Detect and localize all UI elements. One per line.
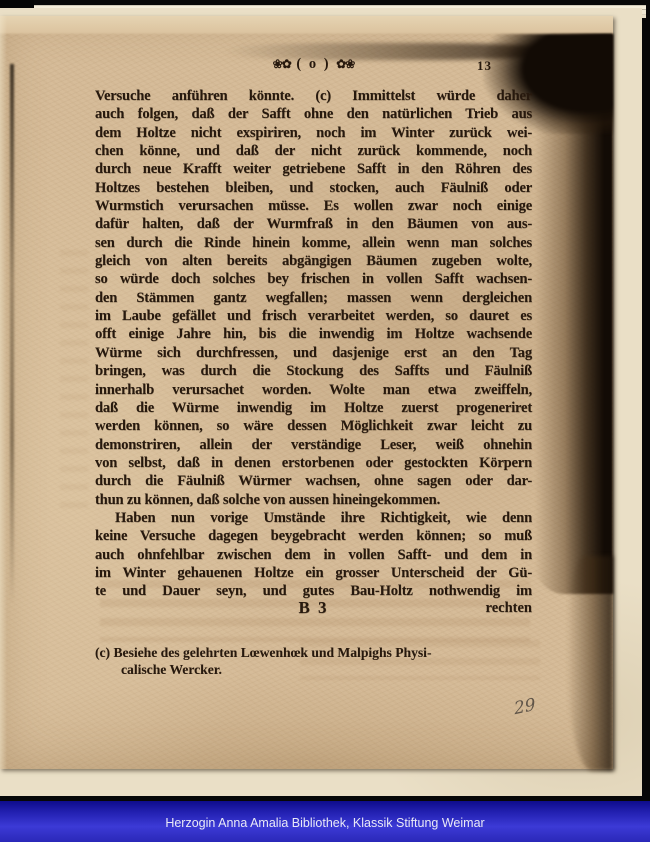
body-text-line: so würde doch solches bey frischen in vo… — [95, 270, 532, 288]
body-text-line: auch folgen, daß der Safft ohne den natü… — [95, 105, 532, 123]
body-text-line: Wurmstich verursachen müsse. Es wollen z… — [95, 197, 532, 215]
footnote: (c) Besiehe des gelehrten Lœwenhœk und M… — [95, 645, 555, 678]
body-text-line: bringen, was durch die Stockung des Saff… — [95, 362, 532, 380]
body-text-line: daß die Würme inwendig im Holtze zuerst … — [95, 399, 532, 417]
body-text-line: offt einige Jahre hin, bis die inwendig … — [95, 325, 532, 343]
library-caption: Herzogin Anna Amalia Bibliothek, Klassik… — [0, 801, 650, 842]
body-text: Versuche anführen könnte. (c) Immittelst… — [95, 87, 532, 601]
body-text-line: von selbst, daß in denen erstorbenen ode… — [95, 454, 532, 472]
footnote-line: calische Wercker. — [95, 662, 555, 679]
page-text-layer: ❀✿ ( o ) ✿❀ 13 Versuche anführen könnte.… — [0, 0, 650, 842]
body-text-line: durch neue Krafft weiter getriebene Saff… — [95, 160, 532, 178]
body-text-line: gleich von alten bereits abgängigen Bäum… — [95, 252, 532, 270]
catchword: rechten — [486, 600, 532, 617]
body-text-line: dem Holtze nicht exspiriren, noch im Win… — [95, 124, 532, 142]
body-text-line: chen könne, und daß der nicht zurück kom… — [95, 142, 532, 160]
body-text-line: im Winter gehauenen Holtze ein grosser U… — [95, 564, 532, 582]
body-text-line: keine Versuche dagegen beygebracht werde… — [95, 527, 532, 545]
signature-mark: B 3 — [95, 598, 532, 618]
page-header: ❀✿ ( o ) ✿❀ 13 — [95, 56, 532, 76]
handwritten-page-number: 29 — [513, 695, 536, 719]
header-ornament: ❀✿ ( o ) ✿❀ — [95, 56, 532, 73]
body-text-line: werden können, so wäre dessen Möglichkei… — [95, 417, 532, 435]
fleuron-left-icon: ❀✿ — [273, 57, 291, 71]
body-text-line: Versuche anführen könnte. (c) Immittelst… — [95, 87, 532, 105]
library-caption-bar: Herzogin Anna Amalia Bibliothek, Klassik… — [0, 801, 650, 842]
body-text-line: Holtzes bestehen bleiben, und stocken, a… — [95, 179, 532, 197]
body-text-line: im Laube gefället und frisch verarbeitet… — [95, 307, 532, 325]
body-text-line: demonstriren, allein der verständige Les… — [95, 436, 532, 454]
body-text-line: Haben nun vorige Umstände ihre Richtigke… — [95, 509, 532, 527]
body-text-line: Würme sich durchfressen, und dasjenige e… — [95, 344, 532, 362]
body-text-line: den Stämmen gantz wegfallen; massen wenn… — [95, 289, 532, 307]
body-text-line: thun zu können, daß solche von aussen hi… — [95, 491, 532, 509]
body-text-line: durch die Fäulniß Würmer wachsen, ohne s… — [95, 472, 532, 490]
body-text-line: dafür halten, daß der Wurmfraß in den Bä… — [95, 215, 532, 233]
page-number: 13 — [477, 58, 492, 74]
body-text-line: sen durch die Rinde hinein komme, allein… — [95, 234, 532, 252]
body-text-line: auch ohnfehlbar zwischen dem in vollen S… — [95, 546, 532, 564]
header-ornament-center: ( o ) — [296, 56, 330, 72]
footnote-line: (c) Besiehe des gelehrten Lœwenhœk und M… — [95, 645, 555, 662]
fleuron-right-icon: ✿❀ — [336, 57, 354, 71]
body-text-line: innerhalb verursachet worden. Wolte man … — [95, 381, 532, 399]
signature-row: B 3 rechten — [95, 598, 532, 618]
